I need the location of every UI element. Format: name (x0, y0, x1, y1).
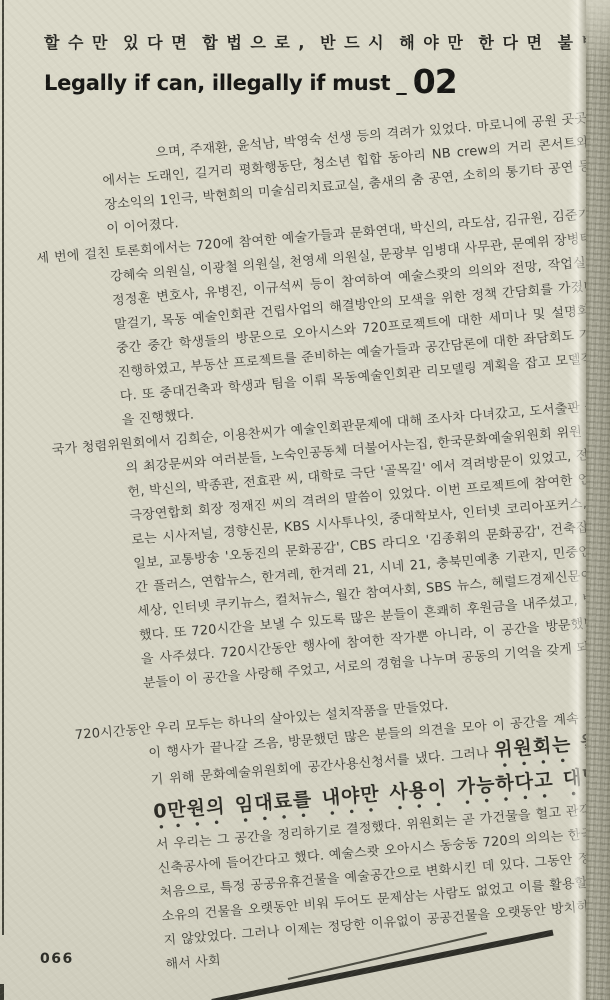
chapter-title-separator: _ (396, 71, 407, 95)
page-number: 066 (40, 951, 74, 967)
paragraph: 이 행사가 끝나갈 즈음, 방문했던 많은 분들의 의견을 모아 이 공간을 계… (76, 703, 610, 983)
korean-motto: 할 수 만 있 다 면 합 법 으 로 , 반 드 시 해 야 만 한 다 면 … (44, 30, 604, 53)
body-text: 으며, 주재환, 윤석남, 박영숙 선생 등의 격려가 있었다. 마로니에 공원… (28, 107, 610, 983)
text-segment: 국가 청렴위원회에서 김희순, 이용찬씨가 예술인회관문제에 대해 조사차 다녀… (51, 398, 610, 691)
scanned-book-page: 할 수 만 있 다 면 합 법 으 로 , 반 드 시 해 야 만 한 다 면 … (0, 0, 610, 1000)
chapter-number: 02 (413, 69, 457, 95)
chapter-title-english: Legally if can, illegally if must (44, 71, 390, 95)
page-header: 할 수 만 있 다 면 합 법 으 로 , 반 드 시 해 야 만 한 다 면 … (44, 30, 604, 95)
scan-left-border (2, 0, 4, 935)
scan-corner-mark (0, 984, 4, 1000)
paragraph: 국가 청렴위원회에서 김희순, 이용찬씨가 예술인회관문제에 대해 조사차 다녀… (51, 394, 610, 702)
text-segment: 세 번에 걸친 토론회에서는 720에 참여한 예술가들과 문화연대, 박신의,… (36, 207, 607, 429)
book-fore-edge-texture (586, 0, 610, 1000)
chapter-title: Legally if can, illegally if must _ 02 (44, 69, 604, 95)
fore-edge-fade (586, 0, 610, 70)
page-curl-highlight (568, 0, 586, 1000)
